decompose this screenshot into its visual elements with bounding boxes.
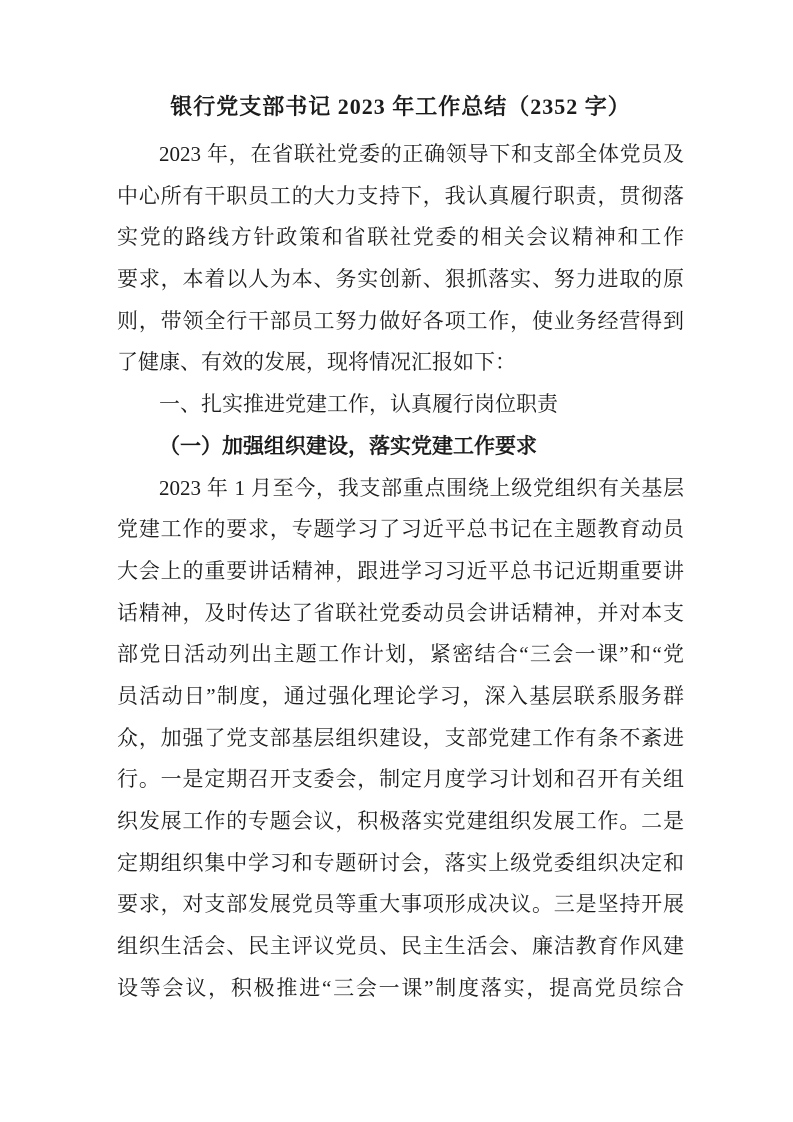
text-line: 要求，对支部发展党员等重大事项形成决议。三是坚持开展 <box>117 884 684 926</box>
body-paragraph: 2023 年 1 月至今，我支部重点围绕上级党组织有关基层 党建工作的要求，专题… <box>117 468 684 1010</box>
document-title: 银行党支部书记 2023 年工作总结（2352 字） <box>117 86 684 128</box>
text-line: 党建工作的要求，专题学习了习近平总书记在主题教育动员 <box>117 509 684 551</box>
text-line: 2023 年，在省联社党委的正确领导下和支部全体党员及 <box>117 134 684 176</box>
text-line: 了健康、有效的发展，现将情况汇报如下： <box>117 342 684 384</box>
text-line: 定期组织集中学习和专题研讨会，落实上级党委组织决定和 <box>117 843 684 885</box>
text-line: 设等会议，积极推进“三会一课”制度落实，提高党员综合 <box>117 968 684 1010</box>
text-line: 则，带领全行干部员工努力做好各项工作，使业务经营得到 <box>117 301 684 343</box>
text-line: 员活动日”制度，通过强化理论学习，深入基层联系服务群 <box>117 676 684 718</box>
text-line: 织发展工作的专题会议，积极落实党建组织发展工作。二是 <box>117 801 684 843</box>
text-line: 组织生活会、民主评议党员、民主生活会、廉洁教育作风建 <box>117 926 684 968</box>
intro-paragraph: 2023 年，在省联社党委的正确领导下和支部全体党员及 中心所有干职员工的大力支… <box>117 134 684 384</box>
text-line: 中心所有干职员工的大力支持下，我认真履行职责，贯彻落 <box>117 176 684 218</box>
document-page: 银行党支部书记 2023 年工作总结（2352 字） 2023 年，在省联社党委… <box>0 0 793 1122</box>
text-line: 行。一是定期召开支委会，制定月度学习计划和召开有关组 <box>117 759 684 801</box>
text-line: 部党日活动列出主题工作计划，紧密结合“三会一课”和“党 <box>117 634 684 676</box>
text-line: 话精神，及时传达了省联社党委动员会讲话精神，并对本支 <box>117 593 684 635</box>
text-line: 大会上的重要讲话精神，跟进学习习近平总书记近期重要讲 <box>117 551 684 593</box>
text-line: 要求，本着以人为本、务实创新、狠抓落实、努力进取的原 <box>117 259 684 301</box>
text-line: 2023 年 1 月至今，我支部重点围绕上级党组织有关基层 <box>117 468 684 510</box>
text-line: 实党的路线方针政策和省联社党委的相关会议精神和工作 <box>117 217 684 259</box>
section-heading: 一、扎实推进党建工作，认真履行岗位职责 <box>117 384 684 426</box>
text-line: 众，加强了党支部基层组织建设，支部党建工作有条不紊进 <box>117 718 684 760</box>
subsection-heading: （一）加强组织建设，落实党建工作要求 <box>117 426 684 468</box>
